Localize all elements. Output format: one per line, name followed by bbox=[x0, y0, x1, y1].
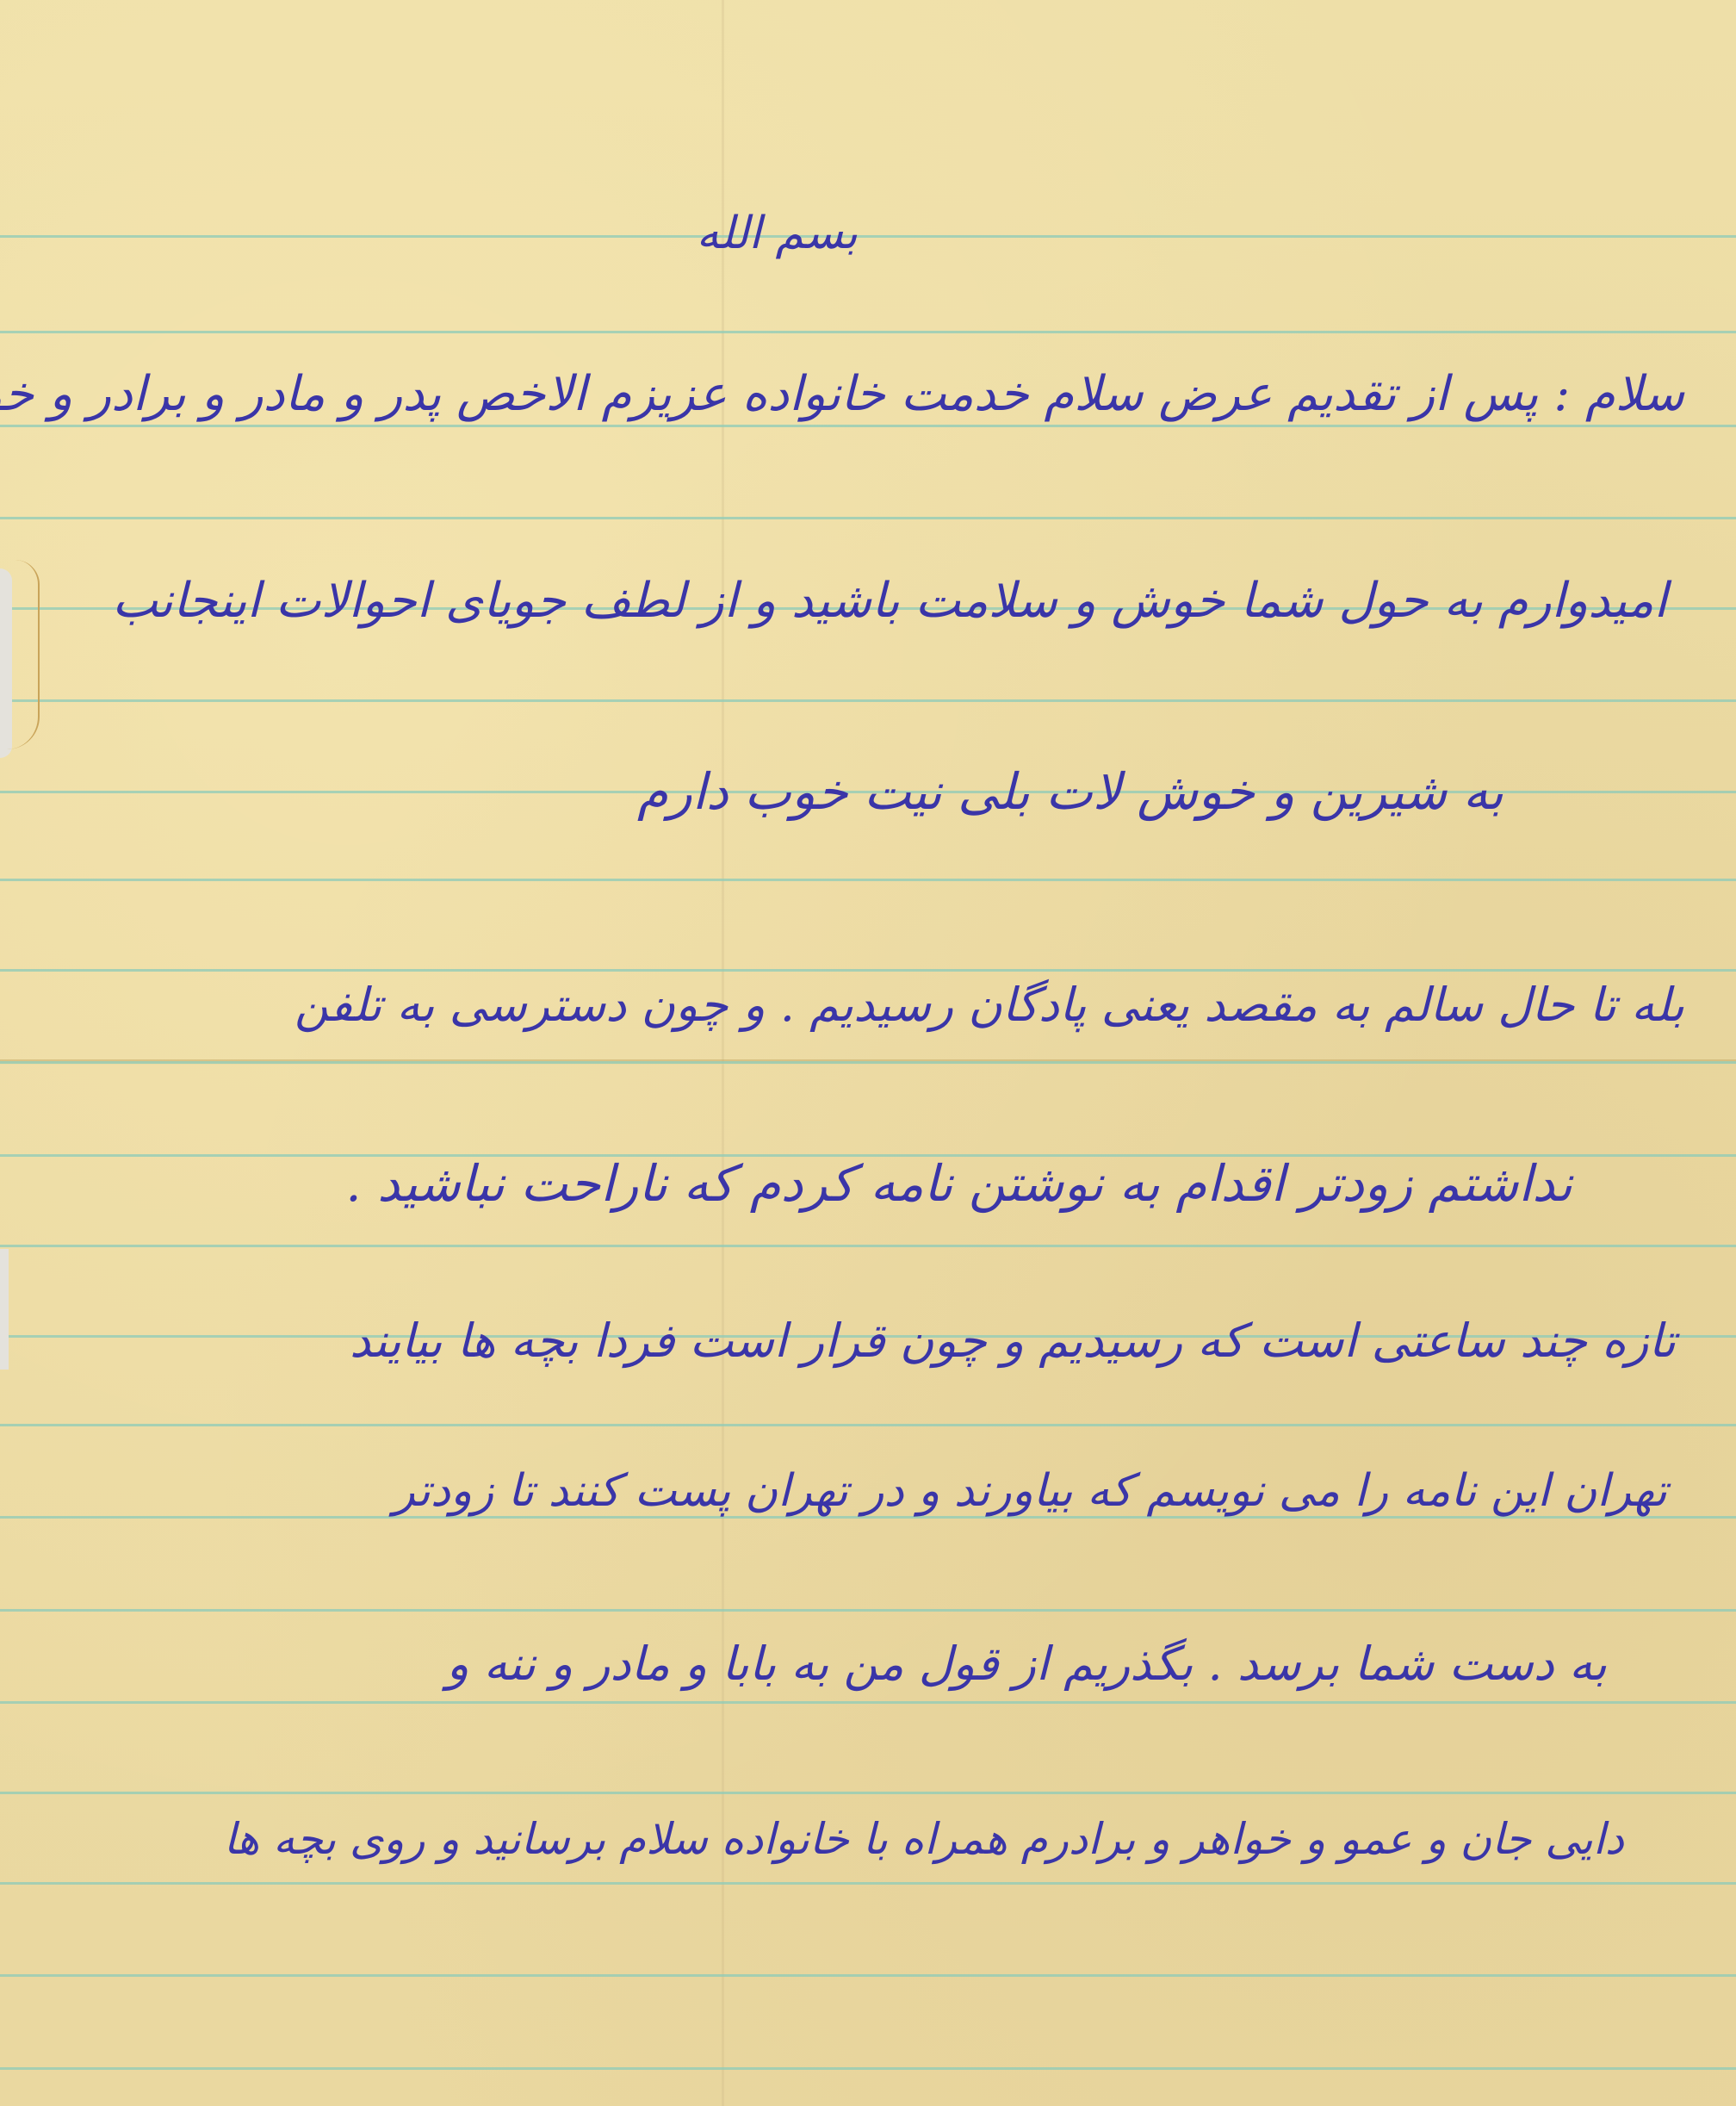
ruled-line bbox=[0, 699, 1736, 702]
ruled-line bbox=[0, 1974, 1736, 1977]
ruled-line bbox=[0, 879, 1736, 881]
letter-line-3: به شیرین و خوش لات بلی نیت خوب دارم bbox=[637, 767, 1503, 817]
letter-line-8: به دست شما برسد . بگذریم از قول من به با… bbox=[446, 1641, 1607, 1687]
letter-page: بسم الله سلام : پس از تقدیم عرض سلام خدم… bbox=[0, 0, 1736, 2106]
vertical-fold bbox=[722, 0, 724, 2106]
letter-line-1: سلام : پس از تقدیم عرض سلام خدمت خانواده… bbox=[0, 370, 1684, 419]
ruled-line bbox=[0, 425, 1736, 427]
letter-heading: بسم الله bbox=[697, 211, 858, 256]
letter-line-4: بله تا حال سالم به مقصد یعنی پادگان رسید… bbox=[294, 982, 1684, 1028]
ruled-line bbox=[0, 1061, 1736, 1064]
ruled-line bbox=[0, 235, 1736, 238]
letter-line-7: تهران این نامه را می نویسم که بیاورند و … bbox=[394, 1469, 1667, 1513]
ruled-line bbox=[0, 331, 1736, 333]
ruled-line bbox=[0, 1882, 1736, 1885]
ruled-line bbox=[0, 517, 1736, 519]
letter-line-5: نداشتم زودتر اقدام به نوشتن نامه کردم که… bbox=[345, 1159, 1572, 1208]
letter-line-2: امیدوارم به حول شما خوش و سلامت باشید و … bbox=[112, 577, 1667, 625]
torn-flap bbox=[7, 560, 40, 749]
ruled-line bbox=[0, 1792, 1736, 1794]
torn-edge bbox=[0, 1249, 9, 1370]
ruled-line bbox=[0, 1245, 1736, 1247]
ruled-line bbox=[0, 969, 1736, 972]
ruled-line bbox=[0, 2067, 1736, 2070]
ruled-line bbox=[0, 1701, 1736, 1704]
ruled-line bbox=[0, 1609, 1736, 1612]
letter-line-6: تازه چند ساعتی است که رسیدیم و چون قرار … bbox=[350, 1318, 1676, 1364]
letter-line-9: دایی جان و عمو و خواهر و برادرم همراه با… bbox=[224, 1817, 1624, 1861]
ruled-line bbox=[0, 1424, 1736, 1426]
